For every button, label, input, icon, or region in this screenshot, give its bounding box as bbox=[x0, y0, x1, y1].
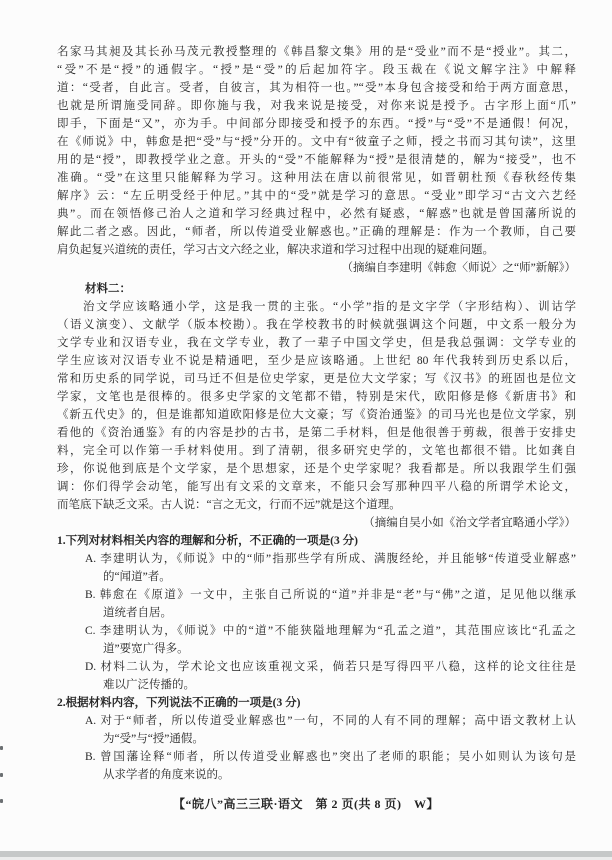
text-line: 解此二者之惑。因此，“师者，所以传道受业解惑也。”正确的理解是：作为一个教师，自… bbox=[57, 223, 576, 241]
question-2-option-a-cont: 为“受”与“授”通假。 bbox=[57, 730, 576, 748]
question-2-option-b-cont: 从求学者的角度来说的。 bbox=[57, 766, 576, 784]
question-1-stem: 1.下列对材料相关内容的理解和分析，不正确的一项是(3 分) bbox=[57, 532, 576, 550]
text-line: 即手，下面是“又”，亦为手。中间部分即接受和授予的东西。“授”与“受”不是通假！… bbox=[57, 115, 576, 133]
question-1-option-b-cont: 道统者自居。 bbox=[57, 604, 576, 622]
scan-artifact bbox=[0, 773, 3, 777]
page-content: 名家马其昶及其长孙马茂元教授整理的《韩昌黎文集》用的是“受业”而不是“授业”。其… bbox=[57, 43, 576, 784]
question-2-stem: 2.根据材料内容，下列说法不正确的一项是(3 分) bbox=[57, 694, 576, 712]
text-line: “受”不是“授”的通假字。“授”是“受”的后起加符字。段玉裁在《说文解字注》中解… bbox=[57, 61, 576, 79]
question-1: 1.下列对材料相关内容的理解和分析，不正确的一项是(3 分) A. 李建明认为，… bbox=[57, 532, 576, 694]
text-line: 准确。“受”在这里只能解释为学习。这种用法在唐以前很常见，如晋朝杜预《春秋经传集 bbox=[57, 169, 576, 187]
text-line: 学家，文笔也是很棒的。很多史学家的文笔都不错，特别是宋代，欧阳修是修《新唐书》和 bbox=[57, 388, 576, 406]
text-line: 常和历史系的同学说，司马迁不但是位史学家，更是位大文学家；写《汉书》的班固也是位… bbox=[57, 370, 576, 388]
question-2: 2.根据材料内容，下列说法不正确的一项是(3 分) A. 对于“师者，所以传道受… bbox=[57, 694, 576, 784]
text-line: 《新五代史》的，但是谁都知道欧阳修是位大文豪；写《资治通鉴》的司马光也是位文学家… bbox=[57, 406, 576, 424]
text-line: 而笔底下缺乏文采。古人说：“言之无文，行而不远”就是这个道理。 bbox=[57, 496, 576, 514]
question-1-option-b: B. 韩愈在《原道》一文中，主张自己所说的“道”并非是“老”与“佛”之道，足见他… bbox=[57, 586, 576, 604]
text-line: 文学专业和汉语专业，我在文学专业，教了一辈子中国文学史，但是我总强调：文学专业的 bbox=[57, 334, 576, 352]
text-line: 珍，你说他到底是个文学家，是个思想家，还是个史学家呢？我看都是。所以我跟学生们强 bbox=[57, 460, 576, 478]
text-line: 治文学应该略通小学，这是我一贯的主张。“小学”指的是文字学（字形结构）、训诂学 bbox=[57, 298, 576, 316]
text-line: 典”。而在领悟修己治人之道和学习经典过程中，必然有疑惑，“解惑”也就是曾国藩所说… bbox=[57, 205, 576, 223]
text-line: 在《师说》中，韩愈是把“受”与“授”分开的。文中有“彼童子之师，授之书而习其句读… bbox=[57, 133, 576, 151]
question-1-option-a-cont: 的“闻道”者。 bbox=[57, 568, 576, 586]
text-line: 名家马其昶及其长孙马茂元教授整理的《韩昌黎文集》用的是“受业”而不是“授业”。其… bbox=[57, 43, 576, 61]
text-line: 看他的《资治通鉴》有的内容是抄的古书，是第二手材料，但是他很善于剪裁，很善于安排… bbox=[57, 424, 576, 442]
material-2-attribution: （摘编自吴小如《治文学者宜略通小学》） bbox=[57, 514, 576, 532]
material-2-heading: 材料二： bbox=[57, 280, 576, 298]
exam-page: 名家马其昶及其长孙马茂元教授整理的《韩昌黎文集》用的是“受业”而不是“授业”。其… bbox=[0, 0, 612, 860]
text-line: 解序》云：“左丘明受经于仲尼。”其中的“受”就是学习的意思。“受业”即学习“古文… bbox=[57, 187, 576, 205]
material-2-paragraph: 治文学应该略通小学，这是我一贯的主张。“小学”指的是文字学（字形结构）、训诂学 … bbox=[57, 298, 576, 514]
question-2-option-b: B. 曾国藩诠释“师者，所以传道受业解惑也”突出了老师的职能；吴小如则认为该句是 bbox=[57, 748, 576, 766]
text-line: 肩负起复兴道统的责任，学习古文六经之业，解决求道和学习过程中出现的疑难问题。 bbox=[57, 241, 576, 259]
scan-artifact bbox=[0, 799, 3, 803]
question-2-option-a: A. 对于“师者，所以传道受业解惑也”一句，不同的人有不同的理解；高中语文教材上… bbox=[57, 712, 576, 730]
text-line: 学生应该对汉语专业不说是精通吧，至少是应该略通。上世纪 80 年代我转到历史系以… bbox=[57, 352, 576, 370]
page-footer: 【“皖八”高三三联·语文 第 2 页(共 8 页) W】 bbox=[0, 795, 612, 812]
text-line: （语义演变）、文献学（版本校勘）。我在学校教书的时候就强调这个问题，中文系一般分… bbox=[57, 316, 576, 334]
question-1-option-d: D. 材料二认为，学术论文也应该重视文采，倘若只是写得四平八稳，这样的论文往往是 bbox=[57, 658, 576, 676]
text-line: 道：“受者，自此言。受者，自彼言，其为相符一也。”“受”本身包含接受和给于两方面… bbox=[57, 79, 576, 97]
material-1-attribution: （摘编自李建明《韩愈〈师说〉之“师”新解》） bbox=[57, 259, 576, 277]
text-line: 也就是所谓施受同辞。即你施与我，对我来说是接受，对你来说是授予。古字形上面“爪” bbox=[57, 97, 576, 115]
scan-artifact bbox=[0, 746, 3, 750]
material-1-paragraph: 名家马其昶及其长孙马茂元教授整理的《韩昌黎文集》用的是“受业”而不是“授业”。其… bbox=[57, 43, 576, 259]
question-1-option-c-cont: 道”要宽广得多。 bbox=[57, 640, 576, 658]
text-line: 调：你们得学会动笔，能写出有文采的文章来，不能只会写那种四平八稳的所谓学术论文， bbox=[57, 478, 576, 496]
question-1-option-c: C. 李建明认为，《师说》中的“道”不能狭隘地理解为“孔孟之道”，其范围应该比“… bbox=[57, 622, 576, 640]
text-line: 料，完全可以作第一手材料使用。到了清朝，很多研究史学的，文笔也都很不错。比如龚自 bbox=[57, 442, 576, 460]
question-1-option-a: A. 李建明认为，《师说》中的“师”指那些学有所成、满腹经纶，并且能够“传道受业… bbox=[57, 550, 576, 568]
question-1-option-d-cont: 难以广泛传播的。 bbox=[57, 676, 576, 694]
text-line: 用的是“授”，即教授学业之意。开头的“受”不能解释为“授”是很清楚的，解为“接受… bbox=[57, 151, 576, 169]
